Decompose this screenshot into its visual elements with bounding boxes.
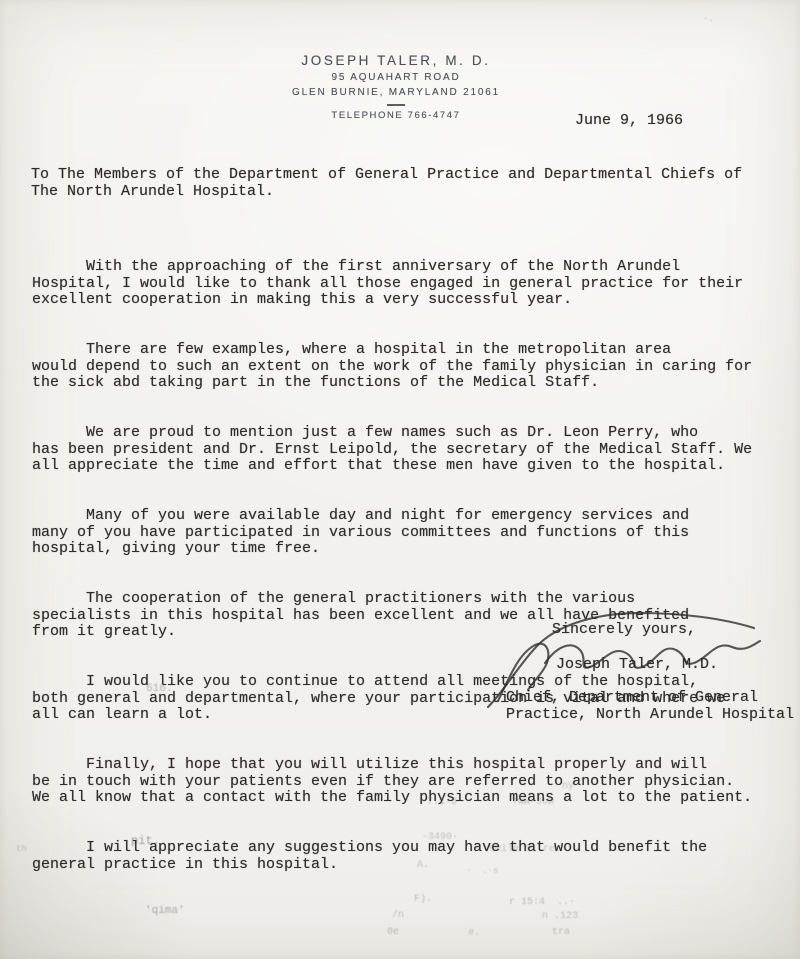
ghost-mark: ·. xyxy=(703,14,714,24)
ghost-mark: pit.. xyxy=(131,834,167,848)
ghost-mark: th xyxy=(16,844,27,854)
signer-name: Joseph Taler, M.D. xyxy=(556,657,718,674)
recipient-block: To The Members of the Department of Gene… xyxy=(31,167,742,200)
ghost-mark: 7.1·3 xyxy=(427,797,457,808)
paragraph-availability: Many of you were available day and night… xyxy=(32,508,752,558)
ghost-mark: r 15:4 ..· xyxy=(509,897,575,908)
ghost-mark: 616. xyxy=(146,683,172,695)
letterhead-doctor-name: JOSEPH TALER, M. D. xyxy=(0,53,792,68)
ghost-mark: 'qima' xyxy=(145,905,185,917)
closing-line: Sincerely yours, xyxy=(552,622,696,639)
paragraph-anniversary-thanks: With the approaching of the first annive… xyxy=(32,259,752,309)
ghost-mark: · .·s xyxy=(466,866,498,876)
ghost-mark: -3490· xyxy=(422,832,458,843)
date-line: June 9, 1966 xyxy=(575,113,683,130)
letterhead-address-line2: GLEN BURNIE, MARYLAND 21061 xyxy=(0,87,792,98)
ghost-mark: /n xyxy=(392,910,404,921)
letter-body: With the approaching of the first annive… xyxy=(32,226,752,906)
scanned-letter-page: JOSEPH TALER, M. D. 95 AQUAHART ROAD GLE… xyxy=(0,0,800,959)
ghost-mark: smile T. re xyxy=(489,844,555,855)
signer-title: Chief, Department of General Practice, N… xyxy=(506,689,794,723)
ghost-mark: F). xyxy=(414,894,432,905)
letterhead: JOSEPH TALER, M. D. 95 AQUAHART ROAD GLE… xyxy=(0,53,792,121)
paragraph-few-examples: There are few examples, where a hospital… xyxy=(32,342,752,392)
ghost-mark: tra xyxy=(552,927,570,938)
letterhead-address-line1: 95 AQUAHART ROAD xyxy=(0,72,792,83)
ghost-mark: A. xyxy=(417,860,429,871)
ghost-mark: 0e xyxy=(387,927,399,938)
ghost-mark: n .123 xyxy=(542,911,578,922)
paragraph-utilize-hospital: Finally, I hope that you will utilize th… xyxy=(32,757,752,807)
ghost-mark: ny xyxy=(562,781,574,792)
paragraph-proud-to-mention: We are proud to mention just a few names… xyxy=(32,425,752,475)
ghost-mark: #. xyxy=(468,928,480,939)
letterhead-divider xyxy=(387,104,405,106)
ghost-mark: Tww·Jow xyxy=(512,797,554,808)
